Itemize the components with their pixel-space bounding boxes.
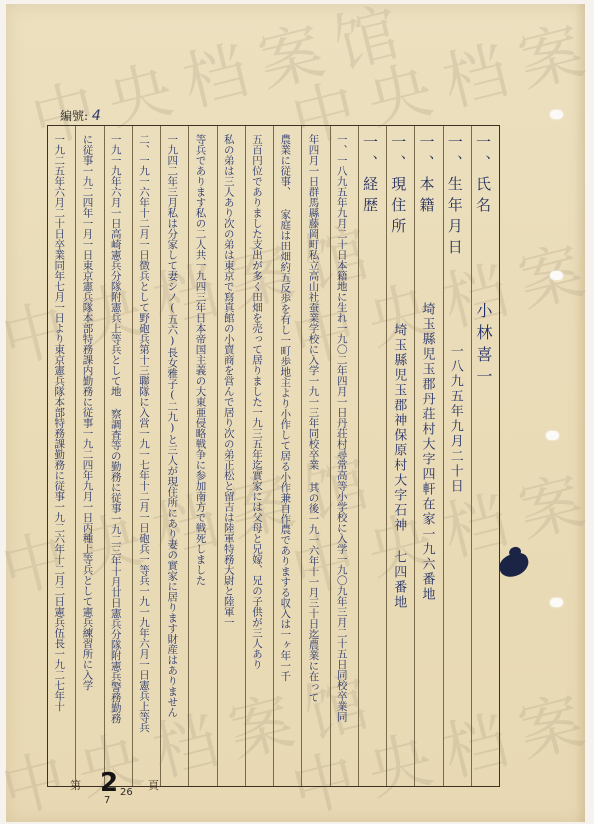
page-annotation: 26 [120,787,133,798]
record-column: 一、現住所埼玉縣児玉郡神保原村大字石神 七四番地 [386,126,414,786]
file-number-value: 4 [92,108,101,124]
record-column: 一九一九年六月一日高崎憲兵分隊附憲兵上等兵として地 察調査等の勤務に従事一九二三… [104,126,132,786]
file-number-label: 編號: [60,109,88,123]
field-value: 一八九五年九月二十日 [448,344,463,494]
page-annotation: 7 [104,795,110,806]
record-field: 一、本籍埼玉縣児玉郡丹荘村大字四軒在家一九六番地 [415,134,442,780]
history-line: 年四月一日群馬縣藤岡町私立高山社蚕業学校に入学一九一三年同校卒業 其の後一九一六… [302,134,329,780]
history-line: 一、一八九五年九月二十日本籍地に生れ一九〇二年四月一日丹荘村尋常高等小学校に入学… [331,134,358,780]
record-field: 一、生年月日一八九五年九月二十日 [444,134,471,780]
history-line: に従事一九二四年一月一日東京憲兵隊本部特務課内勤務に従事一九二四年九月一日丙種上… [76,134,103,780]
record-column: 一九四二年三月私は分家して妻シノ(五六)長女雅子(二九)と三人が現住所にあり妻の… [160,126,188,786]
history-line: 等兵であります私の二人共一九四三年日本帝国主義の大東亜侵略戦争に参加南方で戦死し… [189,134,216,780]
punch-hole [550,598,563,607]
punch-hole [550,110,563,119]
punch-hole [550,271,563,280]
field-value: 埼玉縣児玉郡神保原村大字石神 七四番地 [391,323,406,610]
field-label: 一、経歴 [361,134,379,218]
record-column: 一、氏名小林喜一 [471,126,499,786]
punch-hole [546,431,559,440]
record-sheet: 一、氏名小林喜一一、生年月日一八九五年九月二十日一、本籍埼玉縣児玉郡丹荘村大字四… [47,125,500,787]
record-column: 一、一八九五年九月二十日本籍地に生れ一九〇二年四月一日丹荘村尋常高等小学校に入学… [330,126,358,786]
record-column: 一、本籍埼玉縣児玉郡丹荘村大字四軒在家一九六番地 [414,126,442,786]
section-heading: 一、経歴 [359,134,386,780]
record-column: 一、経歴 [358,126,386,786]
history-line: 一九一九年六月一日高崎憲兵分隊附憲兵上等兵として地 察調査等の勤務に従事一九二三… [105,134,132,780]
record-column: 等兵であります私の二人共一九四三年日本帝国主義の大東亜侵略戦争に参加南方で戦死し… [188,126,216,786]
field-label: 一、生年月日 [446,134,464,260]
file-number: 編號: 4 [60,107,101,124]
field-label: 一、本籍 [418,134,436,218]
field-label: 一、現住所 [389,134,407,239]
history-line: 一九二五年六月二十日卒業同年七月一日より東京憲兵隊本部特務課勤務に従事一九二六年… [48,134,75,780]
page-label-suffix: 頁 [148,777,159,793]
record-column: 私の弟は三人あり次の弟は東京で寫真館の小賣商を営んで居り次の弟正松と留吉は陸軍特… [217,126,245,786]
record-field: 一、氏名小林喜一 [472,134,499,780]
page-label-prefix: 第 [70,777,81,793]
record-column: 一九二五年六月二十日卒業同年七月一日より東京憲兵隊本部特務課勤務に従事一九二六年… [48,126,75,786]
history-line: 二、一九一六年十二月一日徴兵として野砲兵第十三聯隊に入営一九一七年十二月一日砲兵… [133,134,160,780]
record-field: 一、現住所埼玉縣児玉郡神保原村大字石神 七四番地 [387,134,414,780]
history-line: 私の弟は三人あり次の弟は東京で寫真館の小賣商を営んで居り次の弟正松と留吉は陸軍特… [218,134,245,780]
record-column: 農業に従事、 家庭は田畑約五反歩を有し一町歩地主より小作して居る小作兼自作農であ… [273,126,301,786]
field-label: 一、氏名 [474,134,492,218]
record-column: 二、一九一六年十二月一日徴兵として野砲兵第十三聯隊に入営一九一七年十二月一日砲兵… [132,126,160,786]
field-value: 小林喜一 [474,302,493,390]
history-line: 一九四二年三月私は分家して妻シノ(五六)長女雅子(二九)と三人が現住所にあり妻の… [161,134,188,780]
record-column: 年四月一日群馬縣藤岡町私立高山社蚕業学校に入学一九一三年同校卒業 其の後一九一六… [301,126,329,786]
page-number: 2 [100,768,118,798]
history-line: 農業に従事、 家庭は田畑約五反歩を有し一町歩地主より小作して居る小作兼自作農であ… [274,134,301,780]
record-column: 一、生年月日一八九五年九月二十日 [443,126,471,786]
history-line: 五百円位でありました支出が多く田畑を売って居りました一九三五年迄實家には父母と兄… [246,134,273,780]
field-value: 埼玉縣児玉郡丹荘村大字四軒在家一九六番地 [420,302,435,602]
record-column: に従事一九二四年一月一日東京憲兵隊本部特務課内勤務に従事一九二四年九月一日丙種上… [75,126,103,786]
record-column: 五百円位でありました支出が多く田畑を売って居りました一九三五年迄實家には父母と兄… [245,126,273,786]
